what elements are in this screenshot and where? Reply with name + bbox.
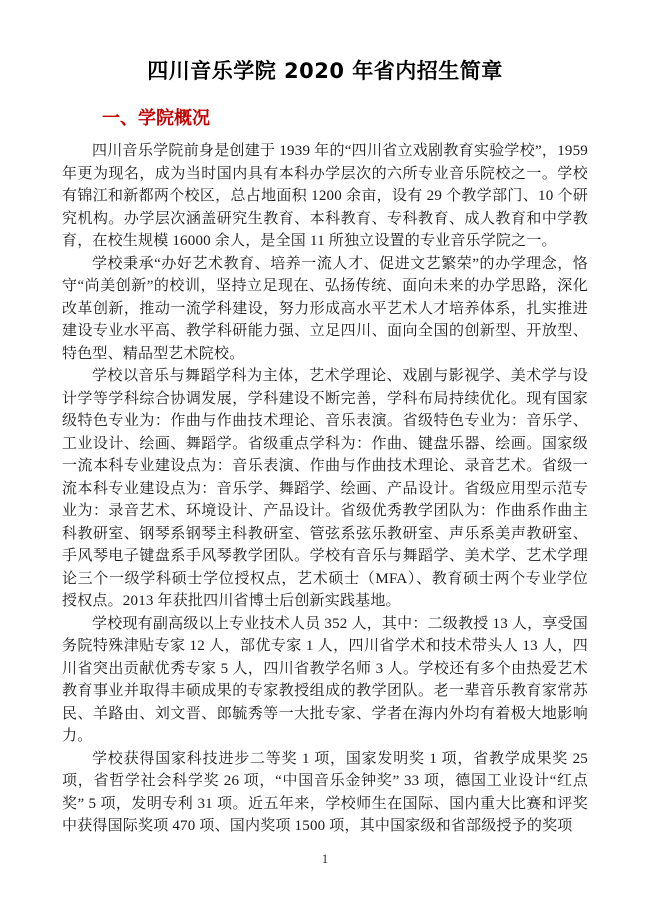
section-heading-overview: 一、学院概况 [62, 106, 588, 132]
paragraph-disciplines: 学校以音乐与舞蹈学科为主体，艺术学理论、戏剧与影视学、美术学与设计学等学科综合协… [62, 365, 588, 613]
document-page: 四川音乐学院 2020 年省内招生简章 一、学院概况 四川音乐学院前身是创建于 … [0, 0, 650, 919]
document-body: 四川音乐学院前身是创建于 1939 年的“四川省立戏剧教育实验学校”，1959 … [62, 140, 588, 838]
page-number: 1 [0, 850, 650, 868]
paragraph-philosophy: 学校秉承“办好艺术教育、培养一流人才、促进文艺繁荣”的办学理念，恪守“尚美创新”… [62, 253, 588, 366]
paragraph-faculty: 学校现有副高级以上专业技术人员 352 人，其中：二级教授 13 人，享受国务院… [62, 613, 588, 748]
paragraph-awards: 学校获得国家科技进步二等奖 1 项，国家发明奖 1 项，省教学成果奖 25 项，… [62, 748, 588, 838]
document-title: 四川音乐学院 2020 年省内招生简章 [62, 56, 588, 86]
paragraph-history: 四川音乐学院前身是创建于 1939 年的“四川省立戏剧教育实验学校”，1959 … [62, 140, 588, 253]
